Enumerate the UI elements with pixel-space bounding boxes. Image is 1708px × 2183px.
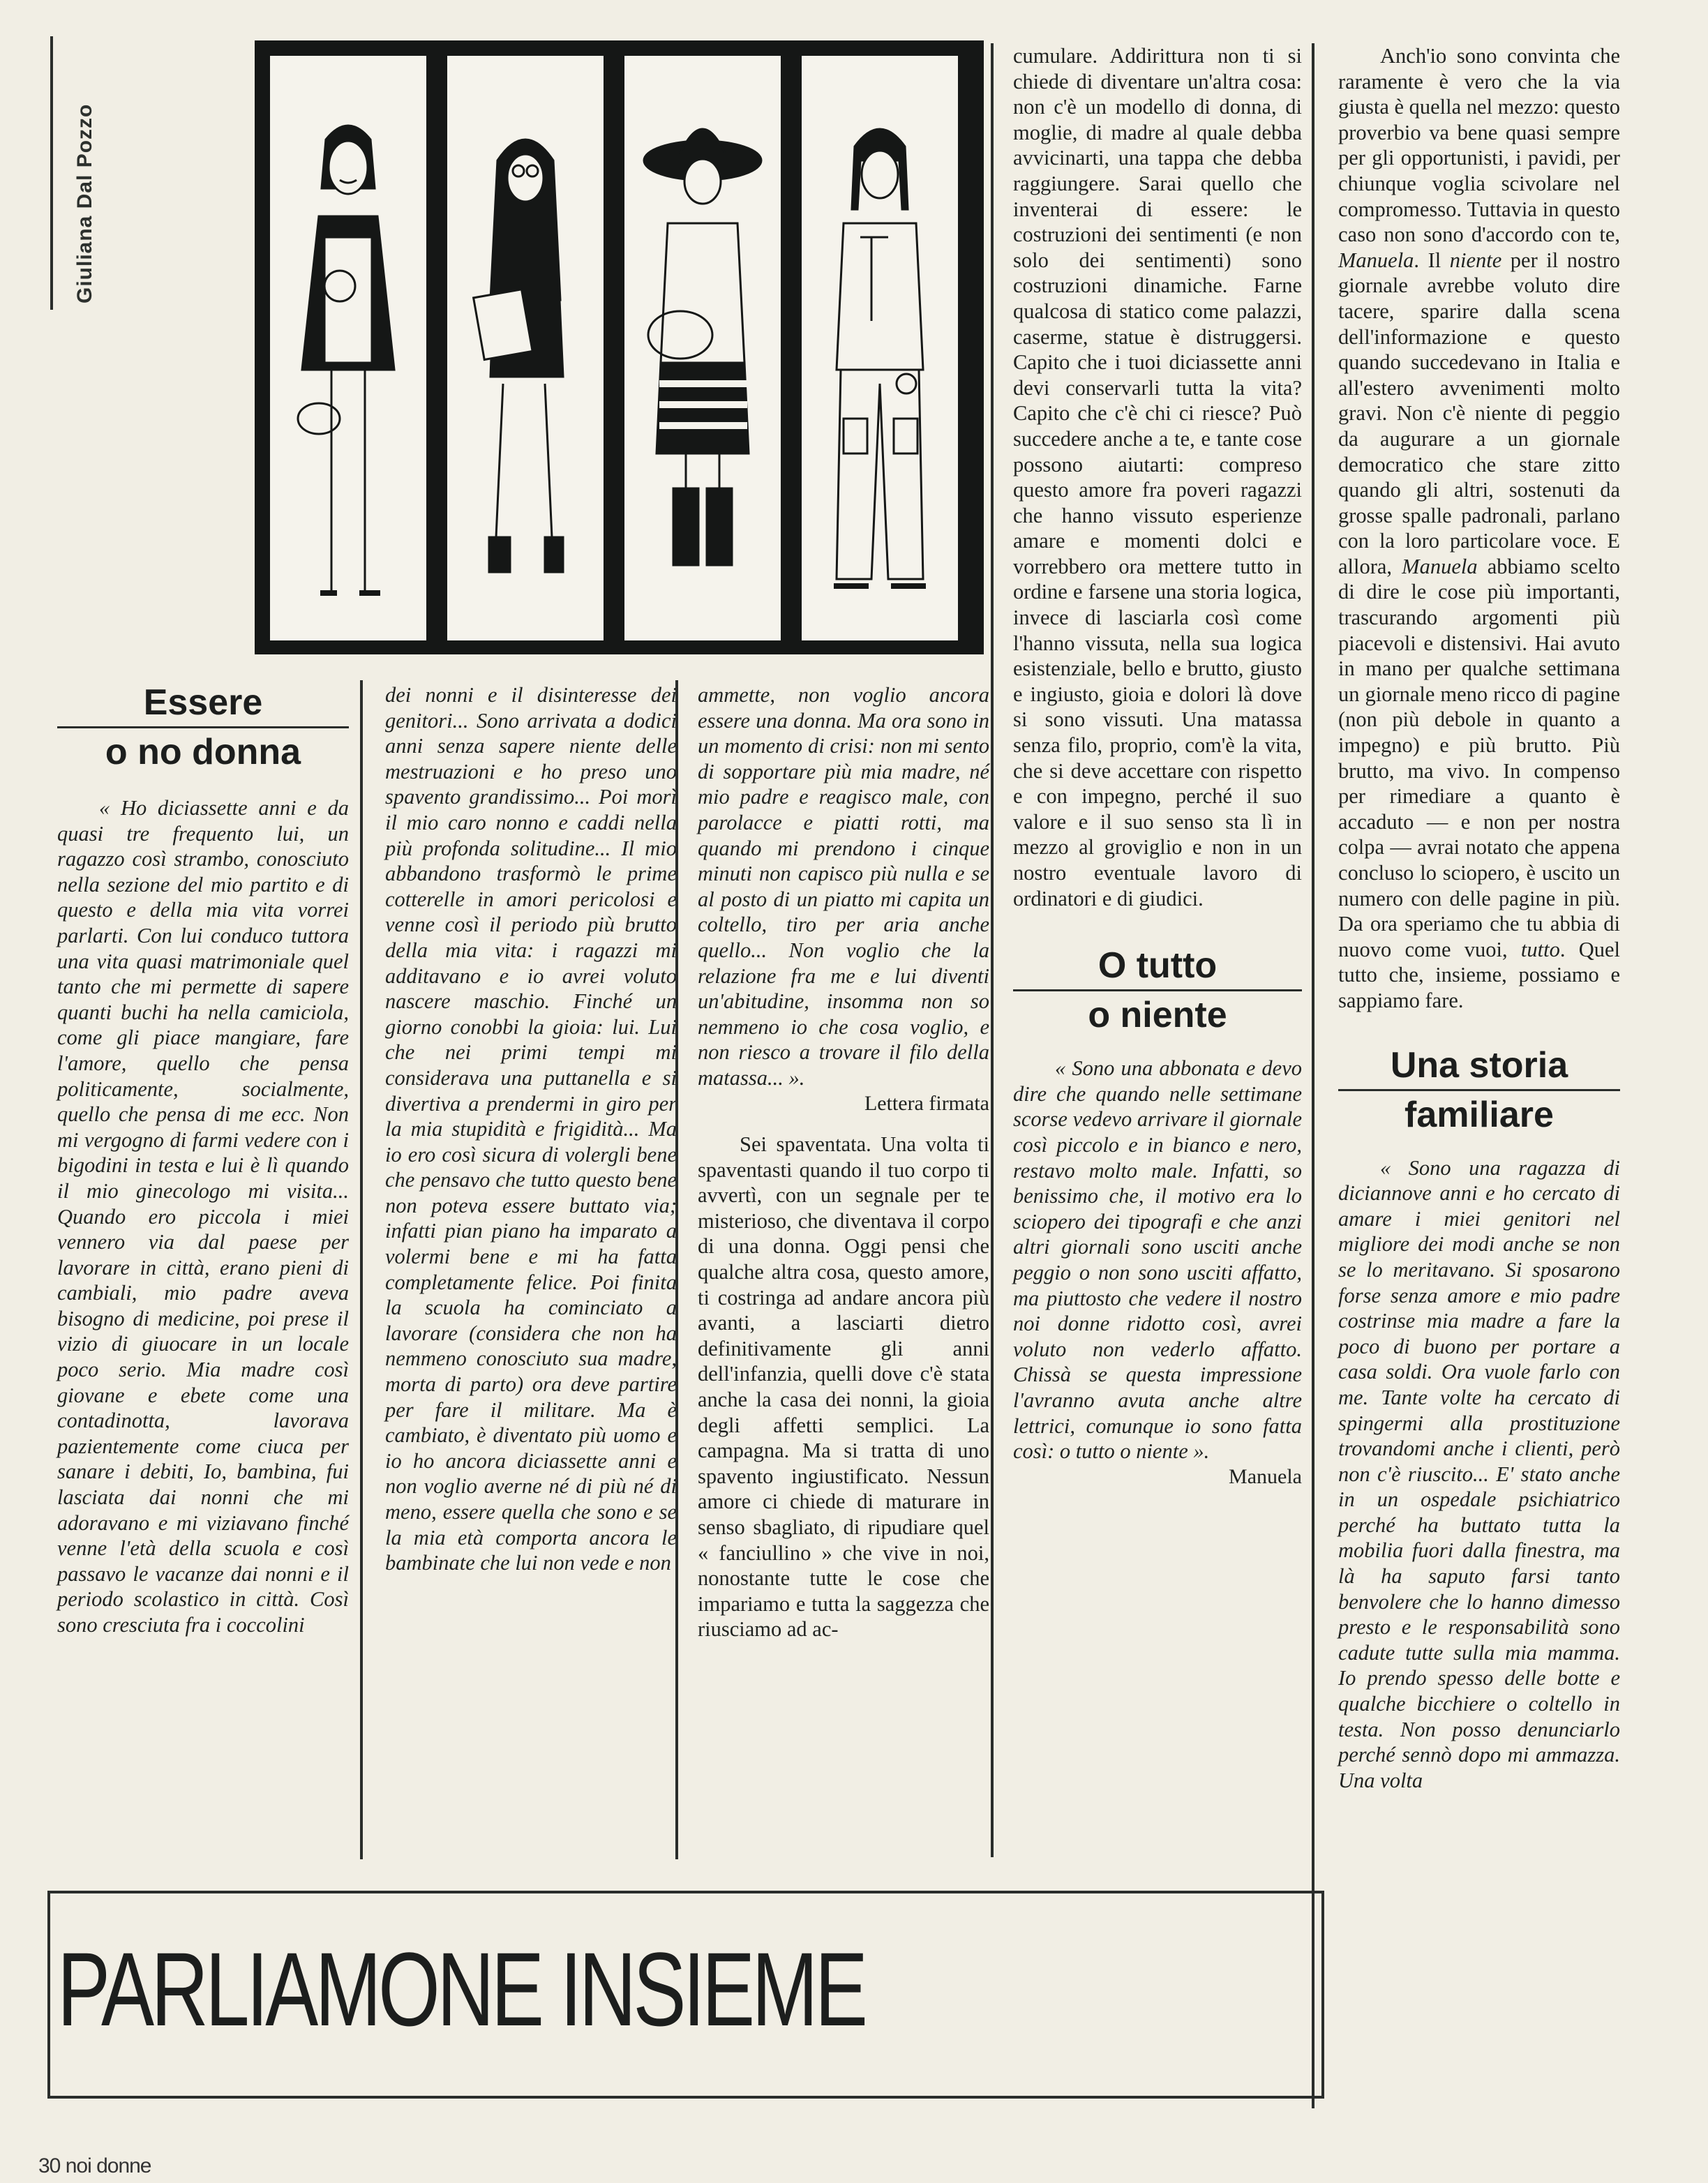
worker-figure-icon — [802, 56, 958, 640]
letter-paragraph: dei nonni e il disinteresse dei genitori… — [385, 682, 677, 1576]
article-title-essere-o-no-donna: Essere o no donna — [57, 680, 349, 774]
column-3: ammette, non voglio ancora essere una do… — [698, 682, 989, 1642]
column-5: Anch'io sono convinta che raramente è ve… — [1338, 43, 1620, 1793]
byline-rule — [50, 36, 53, 310]
illustration-panel-countrywoman — [624, 56, 781, 640]
illustration-four-women — [255, 40, 984, 654]
letter-signature: Manuela — [1013, 1464, 1302, 1490]
column-rule — [991, 43, 994, 1857]
article-title-una-storia-familiare: Una storia familiare — [1338, 1043, 1620, 1137]
section-banner: PARLIAMONE INSIEME — [47, 1891, 1324, 2099]
student-figure-icon — [447, 56, 604, 640]
author-name: Giuliana Dal Pozzo — [70, 104, 100, 303]
column-rule — [1312, 43, 1314, 2108]
column-4: cumulare. Addirittura non ti si chiede d… — [1013, 43, 1302, 1490]
section-title: PARLIAMONE INSIEME — [57, 1937, 832, 2041]
reply-paragraph: cumulare. Addirittura non ti si chiede d… — [1013, 43, 1302, 911]
article-title-o-tutto-o-niente: O tutto o niente — [1013, 943, 1302, 1037]
letter-paragraph: « Sono una ragazza di diciannove anni e … — [1338, 1155, 1620, 1794]
illustration-panel-worker — [802, 56, 958, 640]
column-rule — [675, 680, 678, 1859]
letter-paragraph: ammette, non voglio ancora essere una do… — [698, 682, 989, 1091]
reply-paragraph: Anch'io sono convinta che raramente è ve… — [1338, 43, 1620, 1014]
reply-paragraph: Sei spaventata. Una volta ti spaventasti… — [698, 1132, 989, 1642]
column-1: Essere o no donna « Ho diciassette anni … — [57, 680, 349, 1638]
page-footer: 30 noi donne — [38, 2154, 151, 2178]
homemaker-figure-icon — [270, 56, 426, 640]
countrywoman-figure-icon — [624, 56, 781, 640]
column-rule — [360, 680, 363, 1859]
illustration-panel-homemaker — [270, 56, 426, 640]
letter-paragraph: « Ho diciassette anni e da quasi tre fre… — [57, 795, 349, 1638]
column-2: dei nonni e il disinteresse dei genitori… — [385, 682, 677, 1576]
letter-signature: Lettera firmata — [698, 1091, 989, 1117]
byline: Giuliana Dal Pozzo — [70, 38, 112, 303]
letter-paragraph: « Sono una abbonata e devo dire che quan… — [1013, 1056, 1302, 1464]
illustration-panel-student — [447, 56, 604, 640]
